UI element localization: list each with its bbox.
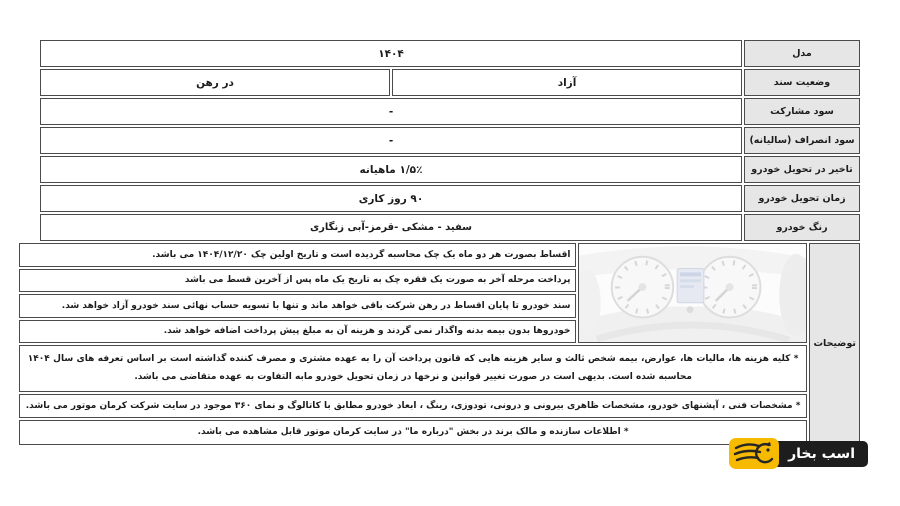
table-row-model: مدل ۱۴۰۴ bbox=[40, 40, 860, 67]
row-label-car-color: رنگ خودرو bbox=[744, 214, 860, 241]
row-value-delivery-time: ۹۰ روز کاری bbox=[40, 185, 742, 212]
winged-horse-icon bbox=[729, 438, 779, 469]
note-bullet-specs: * مشخصات فنی ، آپشنهای خودرو، مشخصات ظاه… bbox=[19, 394, 808, 418]
notes-top-block: اقساط بصورت هر دو ماه یک چک محاسبه گردید… bbox=[19, 243, 808, 343]
note-bullet-manufacturer: * اطلاعات سازنده و مالک برند در بخش "درب… bbox=[19, 420, 808, 445]
note-item: خودروها بدون بیمه بدنه واگذار نمی گردند … bbox=[19, 320, 577, 344]
row-value-document-mortgaged: در رهن bbox=[40, 69, 390, 96]
table-row-participation-profit: سود مشارکت - bbox=[40, 98, 860, 125]
row-label-cancellation-profit: سود انصراف (سالیانه) bbox=[744, 127, 860, 154]
row-label-notes: توضیحات bbox=[809, 243, 860, 445]
notes-content: اقساط بصورت هر دو ماه یک چک محاسبه گردید… bbox=[19, 243, 808, 445]
row-label-document-status: وضعیت سند bbox=[744, 69, 860, 96]
table-row-cancellation-profit: سود انصراف (سالیانه) - bbox=[40, 127, 860, 154]
row-label-delivery-time: زمان تحویل خودرو bbox=[744, 185, 860, 212]
car-dashboard-image bbox=[578, 243, 807, 343]
row-value-document-free: آزاد bbox=[392, 69, 742, 96]
car-conditions-table: مدل ۱۴۰۴ وضعیت سند آزاد در رهن سود مشارک… bbox=[40, 40, 860, 445]
logo-text: اسب بخار bbox=[772, 441, 868, 467]
note-item: اقساط بصورت هر دو ماه یک چک محاسبه گردید… bbox=[19, 243, 577, 267]
row-value-car-color: سفید - مشکی -قرمز-آبی زنگاری bbox=[40, 214, 742, 241]
notes-items: اقساط بصورت هر دو ماه یک چک محاسبه گردید… bbox=[19, 243, 577, 343]
note-item: پرداخت مرحله آخر به صورت یک فقره چک به ت… bbox=[19, 269, 577, 293]
row-label-participation-profit: سود مشارکت bbox=[744, 98, 860, 125]
table-row-car-color: رنگ خودرو سفید - مشکی -قرمز-آبی زنگاری bbox=[40, 214, 860, 241]
note-bullet-costs: * کلیه هزینه ها، مالیات ها، عوارض، بیمه … bbox=[19, 345, 808, 392]
row-value-participation-profit: - bbox=[40, 98, 742, 125]
table-row-delivery-time: زمان تحویل خودرو ۹۰ روز کاری bbox=[40, 185, 860, 212]
asb-bokhar-logo[interactable]: اسب بخار bbox=[729, 438, 868, 469]
note-item: سند خودرو تا پایان اقساط در رهن شرکت باق… bbox=[19, 294, 577, 318]
table-row-delivery-delay: تاخیر در تحویل خودرو ۱/۵٪ ماهیانه bbox=[40, 156, 860, 183]
row-label-model: مدل bbox=[744, 40, 860, 67]
row-label-delivery-delay: تاخیر در تحویل خودرو bbox=[744, 156, 860, 183]
row-value-model: ۱۴۰۴ bbox=[40, 40, 742, 67]
row-value-cancellation-profit: - bbox=[40, 127, 742, 154]
row-value-delivery-delay: ۱/۵٪ ماهیانه bbox=[40, 156, 742, 183]
table-row-notes: توضیحات bbox=[40, 243, 860, 445]
table-row-document-status: وضعیت سند آزاد در رهن bbox=[40, 69, 860, 96]
page: مدل ۱۴۰۴ وضعیت سند آزاد در رهن سود مشارک… bbox=[0, 0, 900, 506]
